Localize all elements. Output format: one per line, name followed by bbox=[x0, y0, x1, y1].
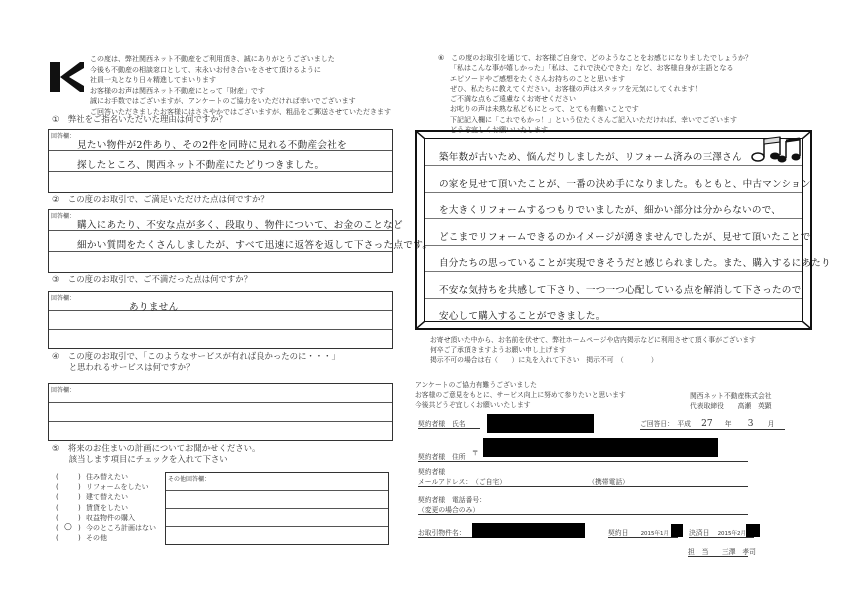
company-representative: 代表取締役 高瀬 英顕 bbox=[690, 401, 772, 411]
ruled-line bbox=[425, 218, 802, 219]
settlement-value: 2015年2月 bbox=[718, 531, 747, 537]
plan-option[interactable]: ()建て替えたい bbox=[56, 492, 156, 502]
answer-label: 回答欄： bbox=[51, 211, 75, 220]
answer-row: 回答欄：ありません bbox=[49, 292, 392, 311]
intro-line: この度は、弊社関西ネット不動産をご利用頂き、誠にありがとうございました bbox=[90, 54, 391, 65]
email-label-line1: 契約者様 bbox=[418, 466, 445, 476]
question-4-title-line: ④ この度のお取引で、「このようなサービスが有れば良かったのに・・・」 bbox=[52, 351, 340, 362]
ruled-line bbox=[425, 298, 802, 299]
email-label: メールアドレス： （ご自宅） bbox=[418, 478, 506, 486]
question-6-intro-line: エピソードやご感想をたくさんお持ちのことと思います bbox=[438, 74, 752, 84]
answer-row bbox=[49, 252, 392, 272]
handwritten-feedback-line: の家を見せて頂いたことが、一番の決め手になりました。もともと、中古マンション bbox=[439, 176, 811, 190]
mobile-label: （携帯電話） bbox=[588, 478, 629, 486]
answer-row: 細かい質問をたくさんしましたが、すべて迅速に返答を返して下さった点です。 bbox=[49, 231, 392, 252]
publish-notice-line: 何卒ご了承頂きますようお願い申し上げます bbox=[430, 345, 756, 355]
question-6-intro-line: ⑥ この度のお取引を通じて、お客様ご自身で、どのようなことをお感じになりましたで… bbox=[438, 53, 752, 63]
thanks-line: アンケートのご協力有難うございました bbox=[415, 380, 626, 390]
plan-option-label: 建て替えたい bbox=[86, 492, 128, 502]
question-1-answer-box[interactable]: 回答欄：見たい物件が2件あり、その2件を同時に見れる不動産会社を探したところ、関… bbox=[48, 129, 393, 193]
other-answer-box[interactable]: その他回答欄： bbox=[165, 472, 389, 545]
answer-row: 回答欄： bbox=[49, 384, 392, 403]
answer-row bbox=[49, 422, 392, 440]
checkbox-paren[interactable]: () bbox=[56, 533, 86, 543]
plan-option-label: 賃貸をしたい bbox=[86, 503, 128, 513]
question-5-title-line: 該当します項目にチェックを入れて下さい bbox=[52, 454, 260, 465]
redacted-contract-day bbox=[671, 524, 683, 537]
phone-label: （変更の場合のみ） bbox=[418, 506, 479, 514]
plan-option-label: 今のところ計画はない bbox=[86, 523, 156, 533]
thanks-line: 今後共どうぞ宜しくお願いいたします bbox=[415, 400, 626, 410]
handwritten-feedback-line: 築年数が古いため、悩んだりしましたが、リフォーム済みの三澤さん bbox=[439, 149, 742, 163]
plan-checklist: ()住み替えたい()リフォームをしたい()建て替えたい()賃貸をしたい()収益物… bbox=[56, 472, 156, 543]
plan-option-label: リフォームをしたい bbox=[86, 482, 149, 492]
question-3-answer-box[interactable]: 回答欄：ありません bbox=[48, 291, 393, 349]
question-6-intro-line: ご不満な点もご遠慮なくお寄せください bbox=[438, 94, 752, 104]
intro-line: お客様のお声は関西ネット不動産にとって「財産」です bbox=[90, 86, 391, 97]
question-6-intro: ⑥ この度のお取引を通じて、お客様ご自身で、どのようなことをお感じになりましたで… bbox=[438, 53, 752, 135]
reply-month: 3 bbox=[748, 419, 754, 429]
settlement-date: 決済日 2015年2月 bbox=[689, 527, 754, 538]
answer-label: 回答欄： bbox=[51, 131, 75, 140]
ruled-line bbox=[425, 192, 802, 193]
plan-option[interactable]: ()リフォームをしたい bbox=[56, 482, 156, 492]
ruled-line bbox=[425, 165, 802, 166]
plan-option[interactable]: (○)今のところ計画はない bbox=[56, 523, 156, 533]
question-2-answer-box[interactable]: 回答欄：購入にあたり、不安な点が多く、段取り、物件について、お金のことなど細かい… bbox=[48, 209, 393, 273]
company-logo-icon bbox=[50, 62, 84, 92]
month-unit: 月 bbox=[768, 420, 775, 428]
intro-text: この度は、弊社関西ネット不動産をご利用頂き、誠にありがとうございました今後も不動… bbox=[90, 54, 391, 118]
company-name: 関西ネット不動産株式会社 bbox=[690, 391, 772, 401]
publish-notice: お寄せ頂いた中から、お名前を伏せて、弊社ホームページや店内掲示などに利用させて頂… bbox=[430, 335, 756, 365]
answer-row bbox=[49, 403, 392, 422]
company-signature: 関西ネット不動産株式会社 代表取締役 高瀬 英顕 bbox=[690, 391, 772, 411]
name-label: 契約者様 氏名 bbox=[418, 418, 480, 429]
plan-option-label: 収益物件の購入 bbox=[86, 513, 135, 523]
handwritten-answer: 細かい質問をたくさんしましたが、すべて迅速に返答を返して下さった点です。 bbox=[77, 237, 432, 251]
phone-field[interactable]: （変更の場合のみ） bbox=[418, 504, 748, 515]
handwritten-feedback-line: 不安な気持ちを共感して下さり、一つ一つ心配している点を解消して下さったので bbox=[439, 282, 801, 296]
question-6-intro-line: 「私はこんな事が嬉しかった」「私は、これで決心できた」など、お客様自身が主語とな… bbox=[438, 63, 752, 73]
plan-option[interactable]: ()住み替えたい bbox=[56, 472, 156, 482]
plan-option-label: 住み替えたい bbox=[86, 472, 128, 482]
address-label: 契約者様 住所 bbox=[418, 453, 466, 461]
answer-label: 回答欄： bbox=[51, 385, 75, 394]
settlement-label: 決済日 bbox=[689, 529, 709, 537]
question-2-title: ② この度のお取引で、ご満足いただけた点は何ですか？ bbox=[52, 194, 269, 205]
intro-line: 誠にお手数ではございますが、アンケートのご協力をいただければ幸いでございます bbox=[90, 96, 391, 107]
question-1-title: ① 弊社をご指名いただいた理由は何ですか？ bbox=[52, 114, 227, 125]
redacted-settlement-day bbox=[746, 524, 760, 537]
redacted-address bbox=[483, 438, 718, 457]
question-4-title-line: と思われるサービスは何ですか？ bbox=[52, 362, 340, 373]
contract-date: 契約日 2015年1月 bbox=[608, 527, 678, 538]
checkbox-paren[interactable]: () bbox=[56, 492, 86, 502]
checkbox-paren[interactable]: () bbox=[56, 503, 86, 513]
answer-row bbox=[49, 172, 392, 192]
question-4-answer-box[interactable]: 回答欄： bbox=[48, 383, 393, 441]
music-notes-icon bbox=[750, 135, 802, 165]
postal-mark: 〒 bbox=[472, 449, 479, 457]
question-6-intro-line: ぜひ、私たちに教えてください。お客様の声はスタッフを元気にしてくれます！ bbox=[438, 84, 752, 94]
plan-option-label: その他 bbox=[86, 533, 107, 543]
redacted-name bbox=[487, 414, 594, 433]
contract-date-label: 契約日 bbox=[608, 529, 628, 537]
thanks-message: アンケートのご協力有難うございましたお客様のご意見をもとに、サービス向上に努めて… bbox=[415, 380, 626, 410]
reply-date-label: ご回答日： 平成 bbox=[640, 420, 691, 428]
question-3-title: ③ この度のお取引で、ご不満だった点は何ですか？ bbox=[52, 274, 252, 285]
question-5-title: ⑤ 将来のお住まいの計画についてお聞かせください。 該当します項目にチェックを入… bbox=[52, 443, 260, 465]
thanks-line: お客様のご意見をもとに、サービス向上に努めて参りたいと思います bbox=[415, 390, 626, 400]
year-unit: 年 bbox=[725, 420, 732, 428]
question-6-intro-line: お叱りの声は未熟な私どもにとって、とても有難いことです bbox=[438, 104, 752, 114]
plan-option[interactable]: ()その他 bbox=[56, 533, 156, 543]
handwritten-feedback-line: どこまでリフォームできるのかイメージが湧きませんでしたが、見せて頂いたことで bbox=[439, 229, 810, 243]
question-6-intro-line: 下記記入欄に「これでもかっ！」という位たくさんご記入いただければ、幸いでございま… bbox=[438, 115, 752, 125]
contract-date-value: 2015年1月 bbox=[641, 531, 670, 537]
answer-row bbox=[49, 330, 392, 348]
other-answer-label: その他回答欄： bbox=[168, 474, 210, 483]
answer-row: 回答欄：購入にあたり、不安な点が多く、段取り、物件について、お金のことなど bbox=[49, 210, 392, 231]
answer-row: 回答欄：見たい物件が2件あり、その2件を同時に見れる不動産会社を bbox=[49, 130, 392, 151]
answer-row bbox=[49, 311, 392, 330]
publish-notice-line: 掲示不可の場合は右（ ）に丸を入れて下さい 掲示不可 （ ） bbox=[430, 355, 756, 365]
email-field[interactable]: メールアドレス： （ご自宅） （携帯電話） bbox=[418, 476, 748, 487]
redacted-property bbox=[472, 523, 585, 538]
intro-line: 今後も不動産の相談窓口として、末永いお付き合いをさせて頂けるように bbox=[90, 65, 391, 76]
question-5-title-line: ⑤ 将来のお住まいの計画についてお聞かせください。 bbox=[52, 443, 260, 454]
checkbox-paren[interactable]: (○) bbox=[56, 523, 86, 533]
plan-option[interactable]: ()賃貸をしたい bbox=[56, 503, 156, 513]
handwritten-feedback-line: 安心して購入することができました。 bbox=[439, 308, 606, 322]
intro-line: 社員一丸となり日々精進してまいります bbox=[90, 75, 391, 86]
staff-name: 担 当 三澤 孝司 bbox=[688, 546, 748, 557]
handwritten-answer: 見たい物件が2件あり、その2件を同時に見れる不動産会社を bbox=[77, 137, 347, 151]
question-6-answer-frame[interactable]: 築年数が古いため、悩んだりしましたが、リフォーム済みの三澤さんの家を見せて頂いた… bbox=[415, 130, 812, 330]
answer-label: 回答欄： bbox=[51, 293, 75, 302]
phone-label-line1: 契約者様 電話番号： bbox=[418, 494, 486, 504]
check-mark-icon: ○ bbox=[64, 522, 72, 532]
handwritten-answer: 購入にあたり、不安な点が多く、段取り、物件について、お金のことなど bbox=[77, 217, 403, 231]
answer-row: 探したところ、関西ネット不動産にたどりつきました。 bbox=[49, 151, 392, 172]
reply-year: 27 bbox=[701, 419, 712, 429]
handwritten-feedback-line: 自分たちの思っていることが実現できそうだと感じられました。また、購入するにあたり bbox=[439, 255, 831, 269]
ruled-line bbox=[425, 271, 802, 272]
ruled-line bbox=[425, 245, 802, 246]
checkbox-paren[interactable]: () bbox=[56, 472, 86, 482]
reply-date[interactable]: ご回答日： 平成 27 年 3 月 bbox=[640, 418, 785, 430]
property-label: お取引物件名： bbox=[418, 527, 472, 538]
handwritten-feedback-line: を大きくリフォームするつもりでいましたが、細かい部分は分からないので、 bbox=[439, 202, 781, 216]
checkbox-paren[interactable]: () bbox=[56, 482, 86, 492]
question-4-title: ④ この度のお取引で、「このようなサービスが有れば良かったのに・・・」 と思われ… bbox=[52, 351, 340, 373]
publish-notice-line: お寄せ頂いた中から、お名前を伏せて、弊社ホームページや店内掲示などに利用させて頂… bbox=[430, 335, 756, 345]
handwritten-answer: 探したところ、関西ネット不動産にたどりつきました。 bbox=[77, 157, 324, 171]
